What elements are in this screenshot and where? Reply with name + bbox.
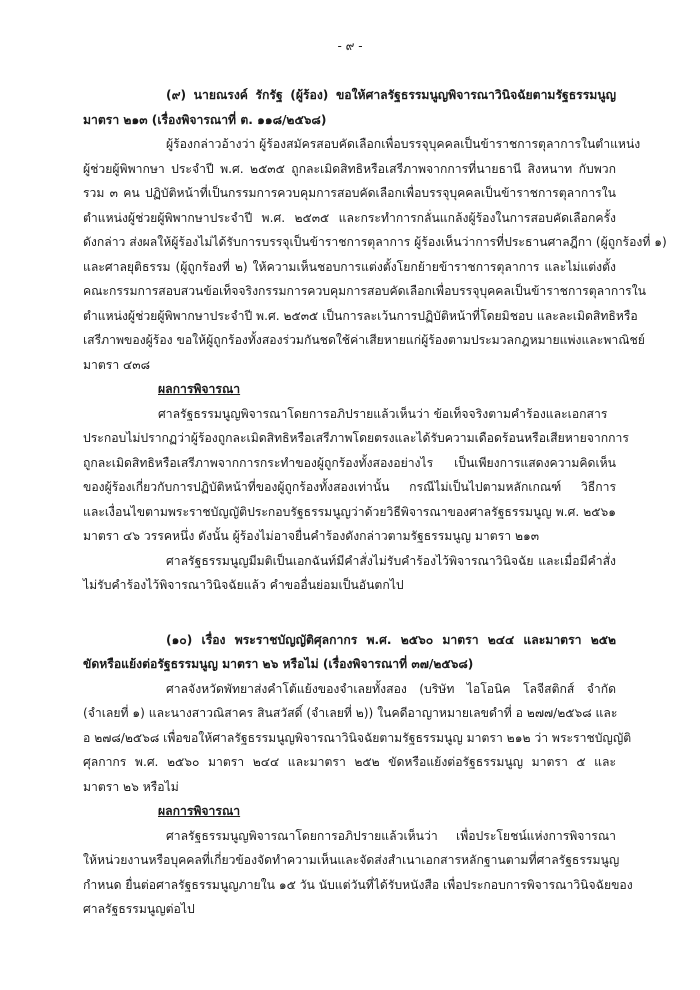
paragraph-line: มาตรา ๔๓๘ <box>83 353 616 378</box>
order-paragraph: ศาลรัฐธรรมนูญมีมติเป็นเอกฉันท์มีคำสั่งไม… <box>83 549 616 598</box>
section-9: (๙) นายณรงค์ รักรัฐ (ผู้ร้อง) ขอให้ศาลรั… <box>83 83 616 598</box>
paragraph-line: และเงื่อนไขตามพระราชบัญญัติประกอบรัฐธรรม… <box>83 500 616 525</box>
paragraph-line: ไม่รับคำร้องไว้พิจารณาวินิจฉัยแล้ว คำขออ… <box>83 573 616 598</box>
section-heading-line: มาตรา ๒๑๓ (เรื่องพิจารณาที่ ต. ๑๑๘/๒๕๖๘) <box>83 108 616 133</box>
paragraph-line: ศาลรัฐธรรมนูญมีมติเป็นเอกฉันท์มีคำสั่งไม… <box>83 549 616 574</box>
paragraph-line: ศาลจังหวัดพัทยาส่งคำโต้แย้งของจำเลยทั้งส… <box>83 677 616 702</box>
section-spacer <box>83 598 616 628</box>
page-number: - ๙ - <box>0 38 700 54</box>
paragraph-line: เสรีภาพของผู้ร้อง ขอให้ผู้ถูกร้องทั้งสอง… <box>83 328 616 353</box>
paragraph-line: ของผู้ร้องเกี่ยวกับการปฏิบัติหน้าที่ของผ… <box>83 475 616 500</box>
paragraph-line: ศุลกากร พ.ศ. ๒๕๖๐ มาตรา ๒๔๔ และมาตรา ๒๕๒… <box>83 750 616 775</box>
paragraph-line: ศาลรัฐธรรมนูญต่อไป <box>83 897 616 922</box>
paragraph-line: ถูกละเมิดสิทธิหรือเสรีภาพจากการกระทำของผ… <box>83 451 616 476</box>
result-heading-text: ผลการพิจารณา <box>158 382 240 396</box>
petition-paragraph: ผู้ร้องกล่าวอ้างว่า ผู้ร้องสมัครสอบคัดเล… <box>83 132 616 377</box>
paragraph-line: ตำแหน่งผู้ช่วยผู้พิพากษาประจำปี พ.ศ. ๒๕๓… <box>83 304 616 329</box>
result-paragraph: ศาลรัฐธรรมนูญพิจารณาโดยการอภิปรายแล้วเห็… <box>83 824 616 922</box>
section-10: (๑๐) เรื่อง พระราชบัญญัติศุลกากร พ.ศ. ๒๕… <box>83 628 616 922</box>
result-heading-text: ผลการพิจารณา <box>158 804 240 818</box>
paragraph-line: ให้หน่วยงานหรือบุคคลที่เกี่ยวข้องจัดทำคว… <box>83 848 616 873</box>
paragraph-line: มาตรา ๔๖ วรรคหนึ่ง ดังนั้น ผู้ร้องไม่อาจ… <box>83 524 616 549</box>
paragraph-line: ศาลรัฐธรรมนูญพิจารณาโดยการอภิปรายแล้วเห็… <box>83 402 616 427</box>
result-paragraph: ศาลรัฐธรรมนูญพิจารณาโดยการอภิปรายแล้วเห็… <box>83 402 616 549</box>
paragraph-line: คณะกรรมการสอบสวนข้อเท็จจริงกรรมการควบคุม… <box>83 279 616 304</box>
result-heading: ผลการพิจารณา <box>83 799 616 824</box>
paragraph-line: อ ๒๗๘/๒๕๖๘ เพื่อขอให้ศาลรัฐธรรมนูญพิจารณ… <box>83 726 616 751</box>
paragraph-line: กำหนด ยื่นต่อศาลรัฐธรรมนูญภายใน ๑๕ วัน น… <box>83 873 616 898</box>
petition-paragraph: ศาลจังหวัดพัทยาส่งคำโต้แย้งของจำเลยทั้งส… <box>83 677 616 800</box>
paragraph-line: ศาลรัฐธรรมนูญพิจารณาโดยการอภิปรายแล้วเห็… <box>83 824 616 849</box>
section-heading-line: (๙) นายณรงค์ รักรัฐ (ผู้ร้อง) ขอให้ศาลรั… <box>83 83 616 108</box>
paragraph-line: ตำแหน่งผู้ช่วยผู้พิพากษาประจำปี พ.ศ. ๒๕๓… <box>83 206 616 231</box>
result-heading: ผลการพิจารณา <box>83 377 616 402</box>
section-heading-line: (๑๐) เรื่อง พระราชบัญญัติศุลกากร พ.ศ. ๒๕… <box>83 628 616 653</box>
paragraph-line: ประกอบไม่ปรากฏว่าผู้ร้องถูกละเมิดสิทธิหร… <box>83 426 616 451</box>
paragraph-line: ดังกล่าว ส่งผลให้ผู้ร้องไม่ได้รับการบรรจ… <box>83 230 616 255</box>
paragraph-line: มาตรา ๒๖ หรือไม่ <box>83 775 616 800</box>
paragraph-line: ผู้ช่วยผู้พิพากษา ประจำปี พ.ศ. ๒๕๓๕ ถูกล… <box>83 157 616 182</box>
paragraph-line: ผู้ร้องกล่าวอ้างว่า ผู้ร้องสมัครสอบคัดเล… <box>83 132 616 157</box>
document-page: - ๙ - (๙) นายณรงค์ รักรัฐ (ผู้ร้อง) ขอให… <box>0 0 700 990</box>
paragraph-line: (จำเลยที่ ๑) และนางสาวณิสาคร สินสวัสดิ์ … <box>83 701 616 726</box>
page-content: (๙) นายณรงค์ รักรัฐ (ผู้ร้อง) ขอให้ศาลรั… <box>83 83 616 922</box>
paragraph-line: และศาลยุติธรรม (ผู้ถูกร้องที่ ๒) ให้ความ… <box>83 255 616 280</box>
paragraph-line: รวม ๓ คน ปฏิบัติหน้าที่เป็นกรรมการควบคุม… <box>83 181 616 206</box>
section-heading-line: ขัดหรือแย้งต่อรัฐธรรมนูญ มาตรา ๒๖ หรือไม… <box>83 652 616 677</box>
